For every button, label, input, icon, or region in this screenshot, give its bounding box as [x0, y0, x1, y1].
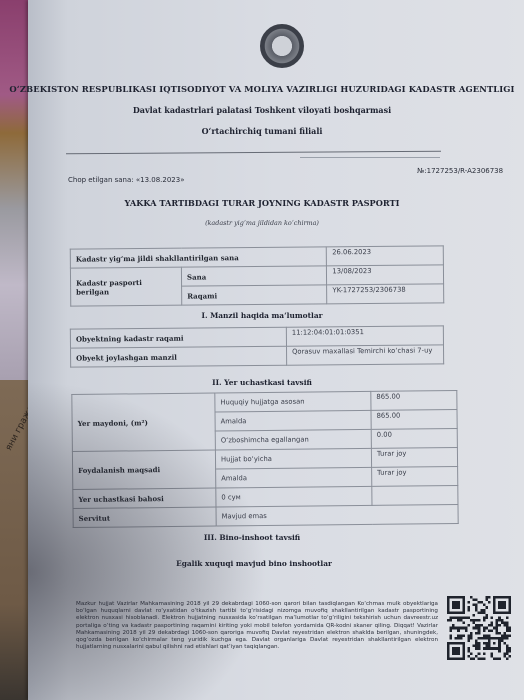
area-unauthorized-label: O‘zboshimcha egallangan — [215, 429, 371, 450]
land-value-label: Yer uchastkasi bahosi — [73, 488, 216, 508]
qr-code-icon[interactable] — [447, 596, 511, 660]
table-row: Obyekt joylashgan manzil Qorasuv maxalla… — [71, 345, 444, 367]
document-number: №:1727253/R-A2306738 — [417, 167, 503, 175]
issue-number-label: Raqami — [182, 285, 328, 305]
address-table: Obyektning kadastr raqami 11:12:04:01:01… — [70, 325, 444, 367]
general-info-table: Kadastr yig‘ma jildi shakllantirilgan sa… — [70, 245, 444, 306]
area-actual-label: Amalda — [215, 410, 371, 431]
purpose-document-label: Hujjat bo‘yicha — [215, 448, 371, 469]
land-value-value: 0 сум — [216, 486, 372, 507]
formed-date-label: Kadastr yig‘ma jildi shakllantirilgan sa… — [70, 247, 327, 268]
header-divider-faint — [300, 157, 440, 158]
state-emblem-icon — [260, 24, 304, 68]
section-3-title: III. Bino-inshoot tavsifi — [0, 533, 514, 542]
section-2-title: II. Yer uchastkasi tavsifi — [0, 378, 524, 387]
address-value: Qorasuv maxallasi Temirchi ko‘chasi 7-uy — [286, 345, 443, 365]
address-label: Obyekt joylashgan manzil — [71, 346, 287, 367]
background-fabric — [0, 0, 30, 380]
cadastral-number-label: Obyektning kadastr raqami — [70, 327, 286, 348]
branch-name: O‘rtachirchiq tumani filiali — [0, 126, 524, 136]
formed-date-value: 26.06.2023 — [327, 246, 444, 266]
passport-issued-label: Kadastr pasporti berilgan — [70, 267, 181, 306]
document-subtitle: (kadastr yig‘ma jildidan ko‘chirma) — [0, 219, 524, 227]
land-plot-table: Yer maydoni, (m²) Huquqiy hujjatga asosa… — [71, 390, 458, 528]
area-legal-value: 865.00 — [371, 390, 457, 410]
servitude-label: Servitut — [73, 507, 216, 527]
area-legal-label: Huquqiy hujjatga asosan — [215, 391, 371, 412]
print-date: Chop etilgan sana: «13.08.2023» — [68, 176, 185, 184]
document-title: YAKKA TARTIBDAGI TURAR JOYNING KADASTR P… — [0, 198, 524, 208]
purpose-actual-value: Turar joy — [372, 466, 458, 486]
purpose-actual-label: Amalda — [216, 467, 372, 488]
area-unauthorized-value: 0.00 — [371, 428, 457, 448]
purpose-label: Foydalanish maqsadi — [72, 450, 215, 489]
area-actual-value: 865.00 — [371, 409, 457, 429]
department-name: Davlat kadastrlari palatasi Toshkent vil… — [0, 105, 524, 115]
issue-date-value: 13/08/2023 — [327, 265, 444, 285]
purpose-document-value: Turar joy — [371, 447, 457, 467]
section-1-title: I. Manzil haqida ma‘lumotlar — [0, 311, 524, 320]
issue-date-label: Sana — [181, 266, 327, 286]
servitude-value: Mavjud emas — [216, 504, 458, 526]
cadastral-number-value: 11:12:04:01:01:0351 — [286, 326, 443, 346]
land-value-empty — [372, 485, 458, 505]
land-area-label: Yer maydoni, (m²) — [72, 393, 216, 451]
issue-number-value: YK-1727253/2306738 — [327, 284, 444, 304]
agency-name: O‘ZBEKISTON RESPUBLIKASI IQTISODIYOT VA … — [0, 84, 524, 94]
section-3-subtitle: Egalik xuquqi mavjud bino inshootlar — [0, 559, 516, 568]
legal-notice: Mazkur hujjat Vazirlar Mahkamasining 201… — [76, 601, 438, 651]
table-row: Servitut Mavjud emas — [73, 504, 458, 527]
